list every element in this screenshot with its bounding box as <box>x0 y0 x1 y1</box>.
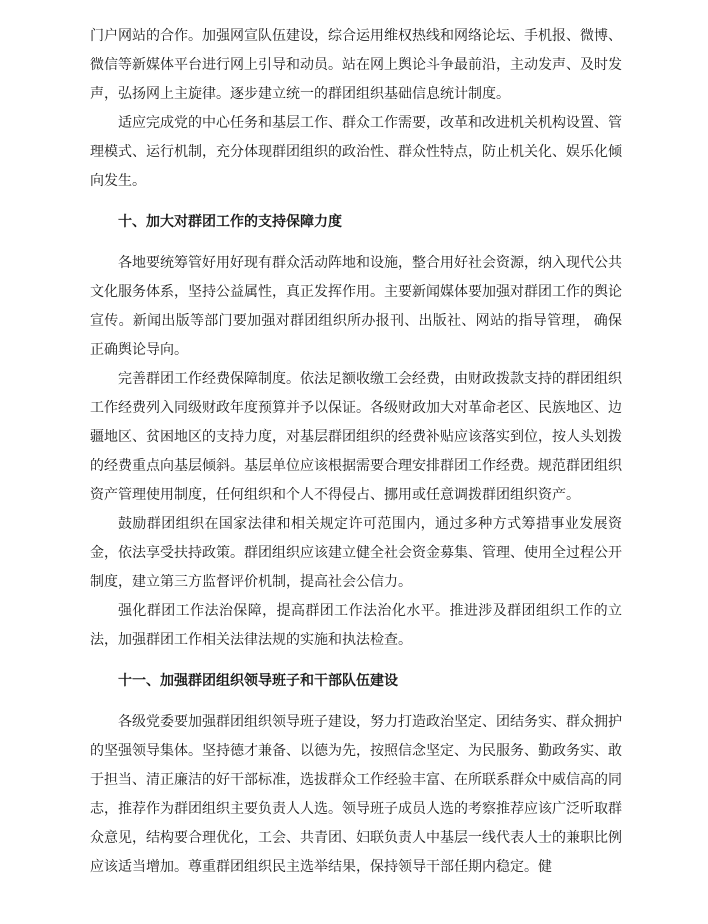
document-page: 门户网站的合作。加强网宣队伍建设，综合运用维权热线和网络论坛、手机报、微博、微信… <box>0 0 708 924</box>
section-heading: 十一、加强群团组织领导班子和干部队伍建设 <box>90 667 622 696</box>
section-heading: 十、加大对群团工作的支持保障力度 <box>90 208 622 237</box>
paragraph: 强化群团工作法治保障，提高群团工作法治化水平。推进涉及群团组织工作的立法，加强群… <box>90 597 622 655</box>
paragraph: 各级党委要加强群团组织领导班子建设，努力打造政治坚定、团结务实、群众拥护的坚强领… <box>90 708 622 882</box>
paragraph: 完善群团工作经费保障制度。依法足额收缴工会经费，由财政拨款支持的群团组织工作经费… <box>90 365 622 510</box>
paragraph: 门户网站的合作。加强网宣队伍建设，综合运用维权热线和网络论坛、手机报、微博、微信… <box>90 22 622 109</box>
paragraph: 适应完成党的中心任务和基层工作、群众工作需要，改革和改进机关机构设置、管理模式、… <box>90 109 622 196</box>
paragraph: 各地要统筹管好用好现有群众活动阵地和设施，整合用好社会资源，纳入现代公共文化服务… <box>90 249 622 365</box>
paragraph: 鼓励群团组织在国家法律和相关规定许可范围内，通过多种方式筹措事业发展资金，依法享… <box>90 510 622 597</box>
document-content: 门户网站的合作。加强网宣队伍建设，综合运用维权热线和网络论坛、手机报、微博、微信… <box>0 0 708 882</box>
